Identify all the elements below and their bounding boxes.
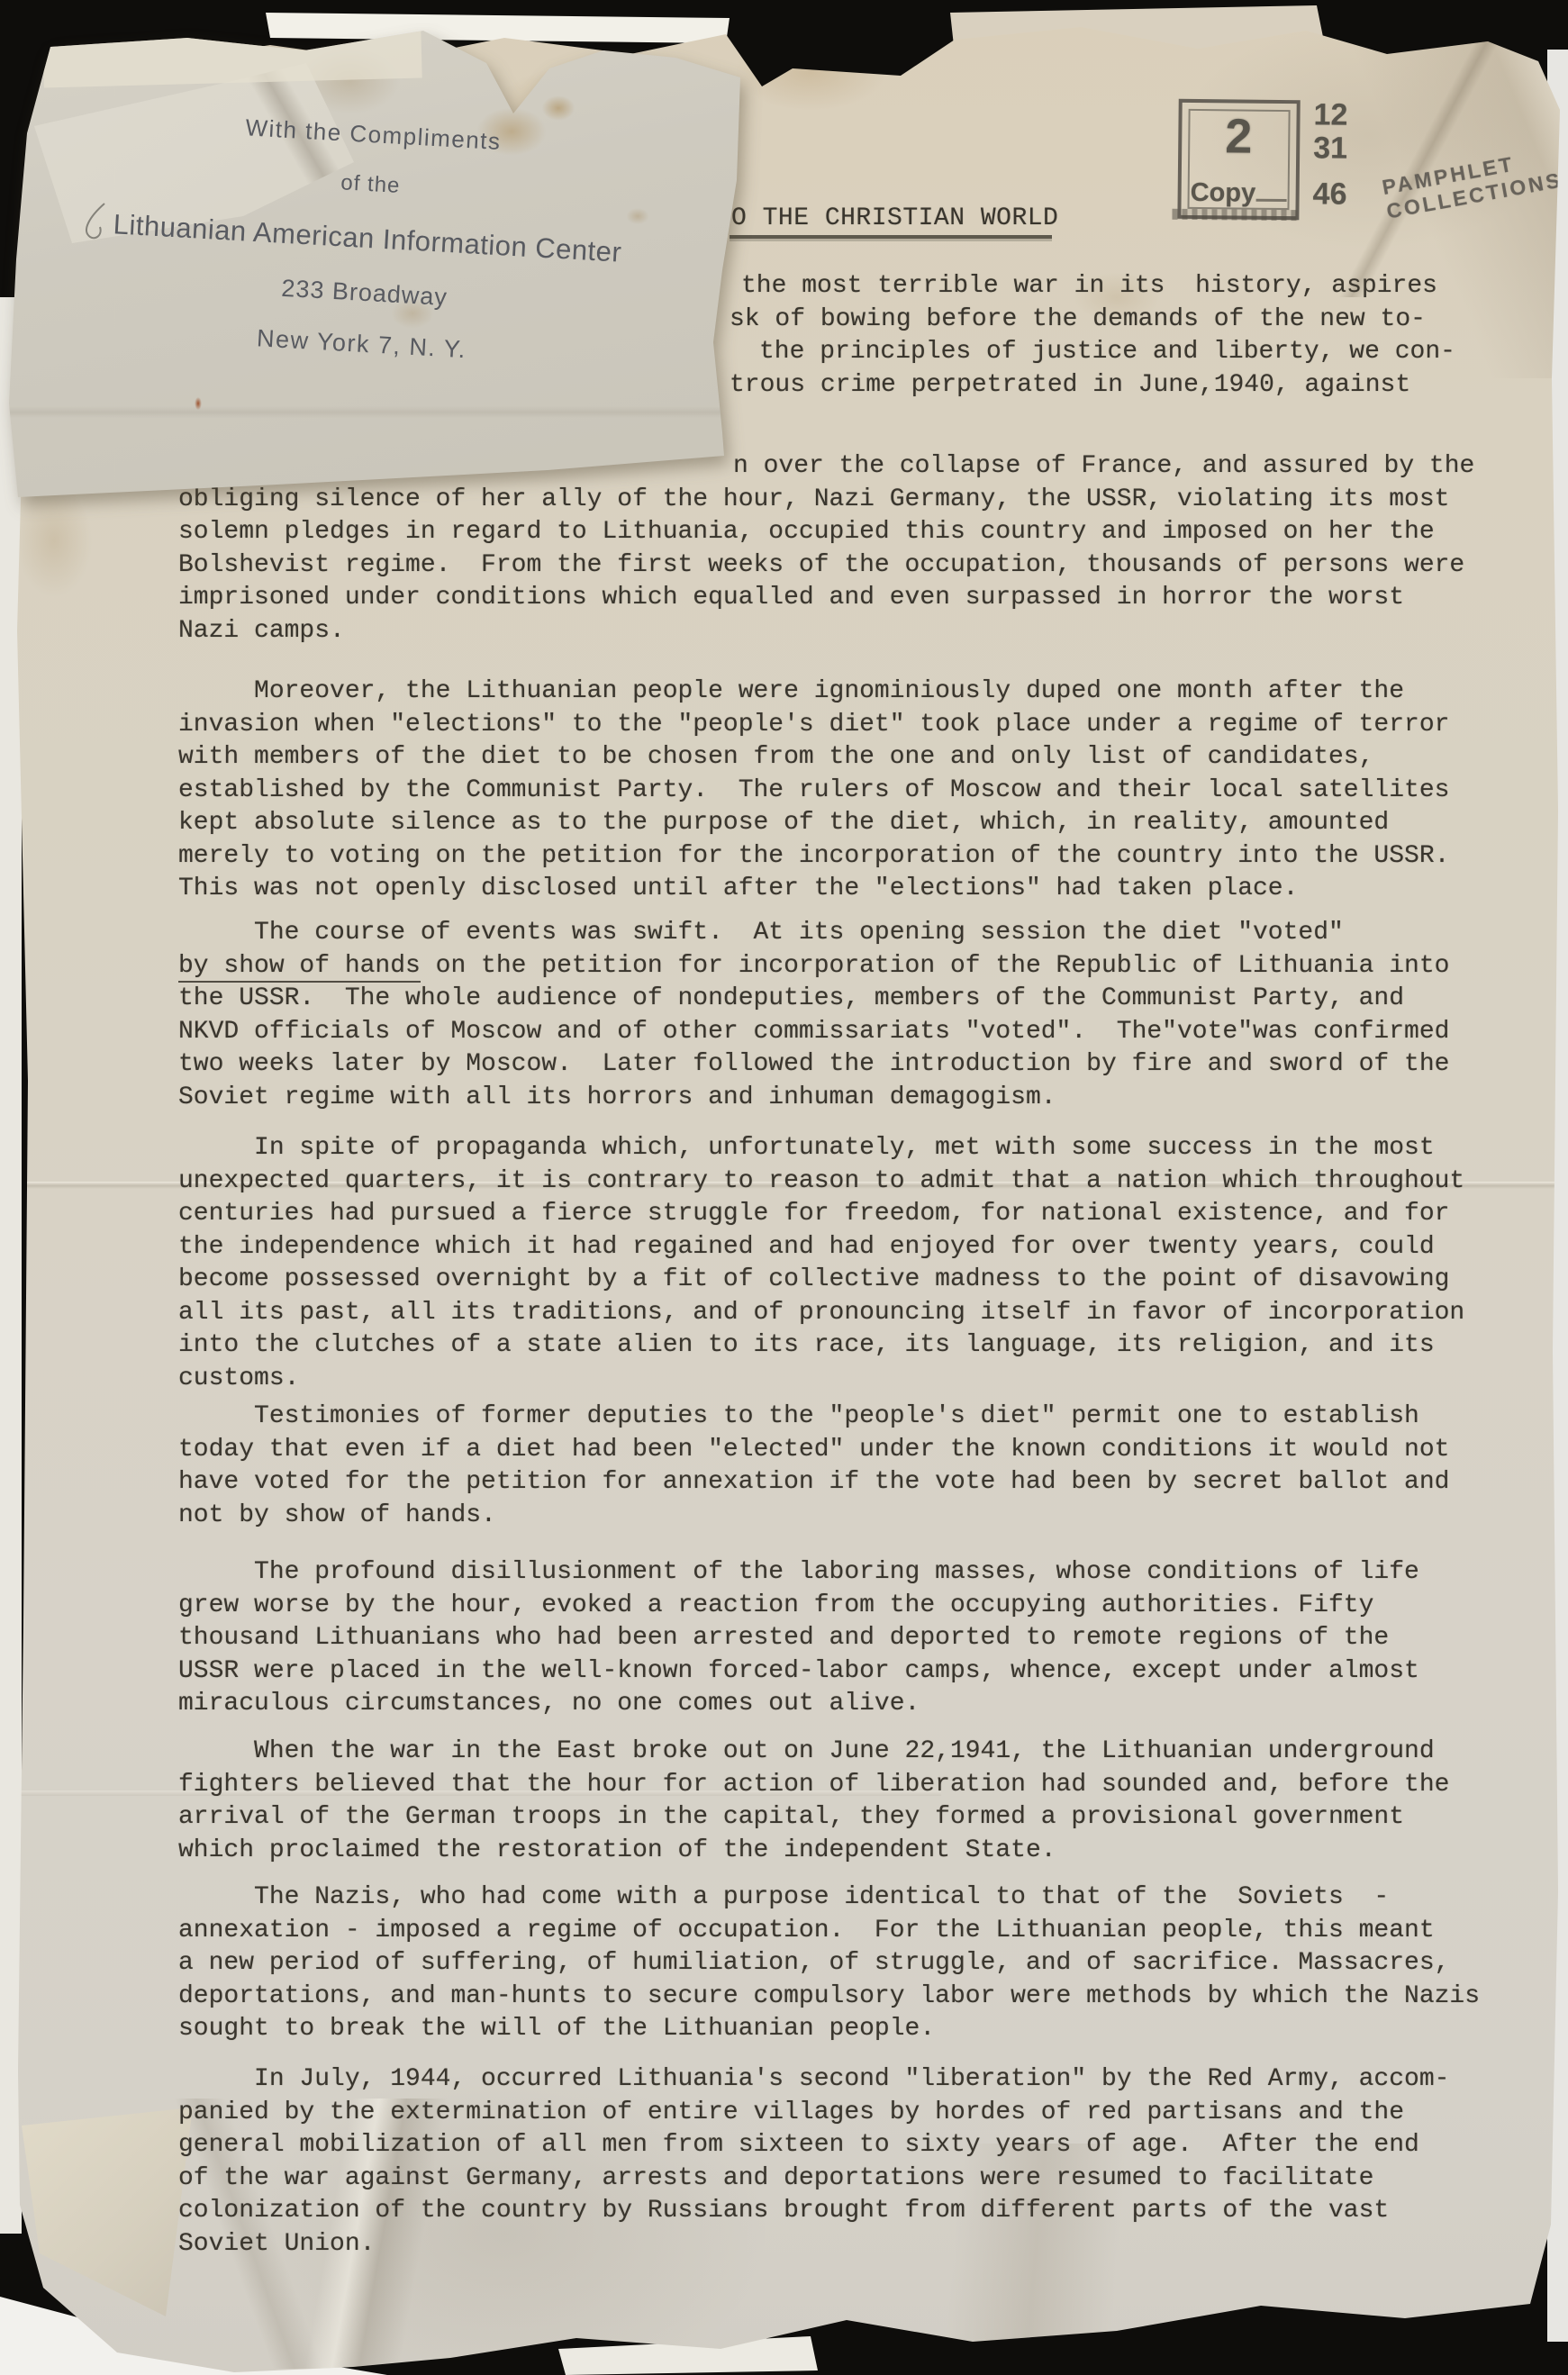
typewritten-line: into the clutches of a state alien to it… xyxy=(178,1329,1493,1363)
typewritten-line: arrival of the German troops in the capi… xyxy=(178,1801,1493,1835)
typewritten-line: not by show of hands. xyxy=(178,1500,1493,1533)
typewritten-line: Bolshevist regime. From the first weeks … xyxy=(178,549,1493,583)
underlined-phrase: by show of hands xyxy=(178,952,421,983)
library-stamp: 2 Copy 12 31 46 PAMPHLET COLLECTIONS xyxy=(1170,92,1568,240)
compliments-slip: With the Compliments of the Lithuanian A… xyxy=(7,25,742,504)
slip-line-5: New York 7, N. Y. xyxy=(46,313,677,376)
stamp-smudge xyxy=(1172,209,1298,221)
typewritten-line: of the war against Germany, arrests and … xyxy=(178,2162,1493,2196)
document-title: O THE CHRISTIAN WORLD xyxy=(731,204,1058,232)
typewritten-line: deportations, and man-hunts to secure co… xyxy=(178,1981,1493,2014)
typewritten-line: invasion when "elections" to the "people… xyxy=(178,709,1493,742)
typewritten-line: general mobilization of all men from six… xyxy=(178,2129,1493,2162)
typewritten-line: which proclaimed the restoration of the … xyxy=(178,1835,1493,1868)
typewritten-line: annexation - imposed a regime of occupat… xyxy=(178,1915,1493,1948)
typewritten-line: by show of hands on the petition for inc… xyxy=(178,950,1493,984)
slip-line-3: Lithuanian American Information Center xyxy=(52,204,684,272)
typewritten-line: two weeks later by Moscow. Later followe… xyxy=(178,1048,1493,1082)
copy-underline xyxy=(1255,199,1286,202)
paragraph-p9: The Nazis, who had come with a purpose i… xyxy=(178,1881,1493,2046)
typewritten-line: a new period of suffering, of humiliatio… xyxy=(178,1947,1493,1981)
typewritten-line: with members of the diet to be chosen fr… xyxy=(178,741,1493,775)
paragraph-p3: Moreover, the Lithuanian people were ign… xyxy=(178,675,1493,906)
copy-stamp-box: 2 Copy xyxy=(1177,99,1300,220)
typewritten-line: colonization of the country by Russians … xyxy=(178,2195,1493,2228)
title-underline xyxy=(730,235,1052,239)
typewritten-line: established by the Communist Party. The … xyxy=(178,775,1493,808)
date-stamp: 12 31 46 xyxy=(1312,98,1347,211)
copy-label-text: Copy xyxy=(1191,178,1256,208)
typewritten-line: centuries had pursued a fierce struggle … xyxy=(178,1198,1493,1231)
typewritten-line: kept absolute silence as to the purpose … xyxy=(178,807,1493,840)
copy-label: Copy xyxy=(1190,178,1286,209)
paragraph-p10: In July, 1944, occurred Lithuania's seco… xyxy=(178,2063,1493,2261)
typewritten-line: miraculous circumstances, no one comes o… xyxy=(178,1688,1493,1721)
typewritten-line: panied by the extermination of entire vi… xyxy=(178,2097,1493,2130)
typewritten-line: USSR were placed in the well-known force… xyxy=(178,1655,1493,1689)
typewritten-line: sought to break the will of the Lithuani… xyxy=(178,2013,1493,2046)
paragraph-p8: When the war in the East broke out on Ju… xyxy=(178,1736,1493,1867)
slip-text: With the Compliments of the Lithuanian A… xyxy=(46,104,689,376)
typewritten-line: become possessed overnight by a fit of c… xyxy=(178,1264,1493,1297)
typewritten-line: customs. xyxy=(178,1363,1493,1396)
date-day: 31 xyxy=(1313,131,1347,165)
scan-background: 2 Copy 12 31 46 PAMPHLET COLLECTIONS O T… xyxy=(0,0,1568,2375)
typewritten-line: Testimonies of former deputies to the "p… xyxy=(178,1401,1493,1434)
typewritten-line: The Nazis, who had come with a purpose i… xyxy=(178,1881,1493,1915)
typewritten-line: merely to voting on the petition for the… xyxy=(178,840,1493,874)
typewritten-line: have voted for the petition for annexati… xyxy=(178,1466,1493,1500)
typewritten-line: unexpected quarters, it is contrary to r… xyxy=(178,1165,1493,1199)
typewritten-line: In July, 1944, occurred Lithuania's seco… xyxy=(178,2063,1493,2097)
typewritten-line: The course of events was swift. At its o… xyxy=(178,917,1493,950)
slip-line-4: 233 Broadway xyxy=(49,261,680,324)
typewritten-line: NKVD officials of Moscow and of other co… xyxy=(178,1016,1493,1049)
typewritten-line: In spite of propaganda which, unfortunat… xyxy=(178,1132,1493,1165)
typewritten-line: Soviet regime with all its horrors and i… xyxy=(178,1082,1493,1115)
date-month: 12 xyxy=(1313,98,1347,131)
paragraph-p4: The course of events was swift. At its o… xyxy=(178,917,1493,1114)
typewritten-line: The profound disillusionment of the labo… xyxy=(178,1556,1493,1590)
slip-line-2: of the xyxy=(55,155,685,215)
paragraph-p6: Testimonies of former deputies to the "p… xyxy=(178,1401,1493,1532)
paragraph-p5: In spite of propaganda which, unfortunat… xyxy=(178,1132,1493,1395)
slip-paper: With the Compliments of the Lithuanian A… xyxy=(7,25,742,504)
typewritten-line: fighters believed that the hour for acti… xyxy=(178,1769,1493,1802)
paragraph-p7: The profound disillusionment of the labo… xyxy=(178,1556,1493,1721)
typewritten-line: the independence which it had regained a… xyxy=(178,1231,1493,1265)
pamphlet-collections-label: PAMPHLET COLLECTIONS xyxy=(1381,144,1564,224)
typewritten-line: When the war in the East broke out on Ju… xyxy=(178,1736,1493,1769)
copy-number: 2 xyxy=(1182,108,1297,165)
slip-line-1: With the Compliments xyxy=(58,104,689,167)
typewritten-line: Soviet Union. xyxy=(178,2228,1493,2262)
typewritten-line: This was not openly disclosed until afte… xyxy=(178,873,1493,906)
typewritten-line: today that even if a diet had been "elec… xyxy=(178,1434,1493,1467)
typewritten-line: all its past, all its traditions, and of… xyxy=(178,1297,1493,1330)
typewritten-line: imprisoned under conditions which equall… xyxy=(178,582,1493,615)
tape xyxy=(42,24,421,88)
date-year: 46 xyxy=(1312,177,1346,211)
typewritten-line: Moreover, the Lithuanian people were ign… xyxy=(178,675,1493,709)
typewritten-line: solemn pledges in regard to Lithuania, o… xyxy=(178,516,1493,549)
typewritten-line: thousand Lithuanians who had been arrest… xyxy=(178,1622,1493,1655)
typewritten-line: the USSR. The whole audience of nondeput… xyxy=(178,983,1493,1016)
typewritten-line: Nazi camps. xyxy=(178,615,1493,648)
typewritten-line: grew worse by the hour, evoked a reactio… xyxy=(178,1590,1493,1623)
